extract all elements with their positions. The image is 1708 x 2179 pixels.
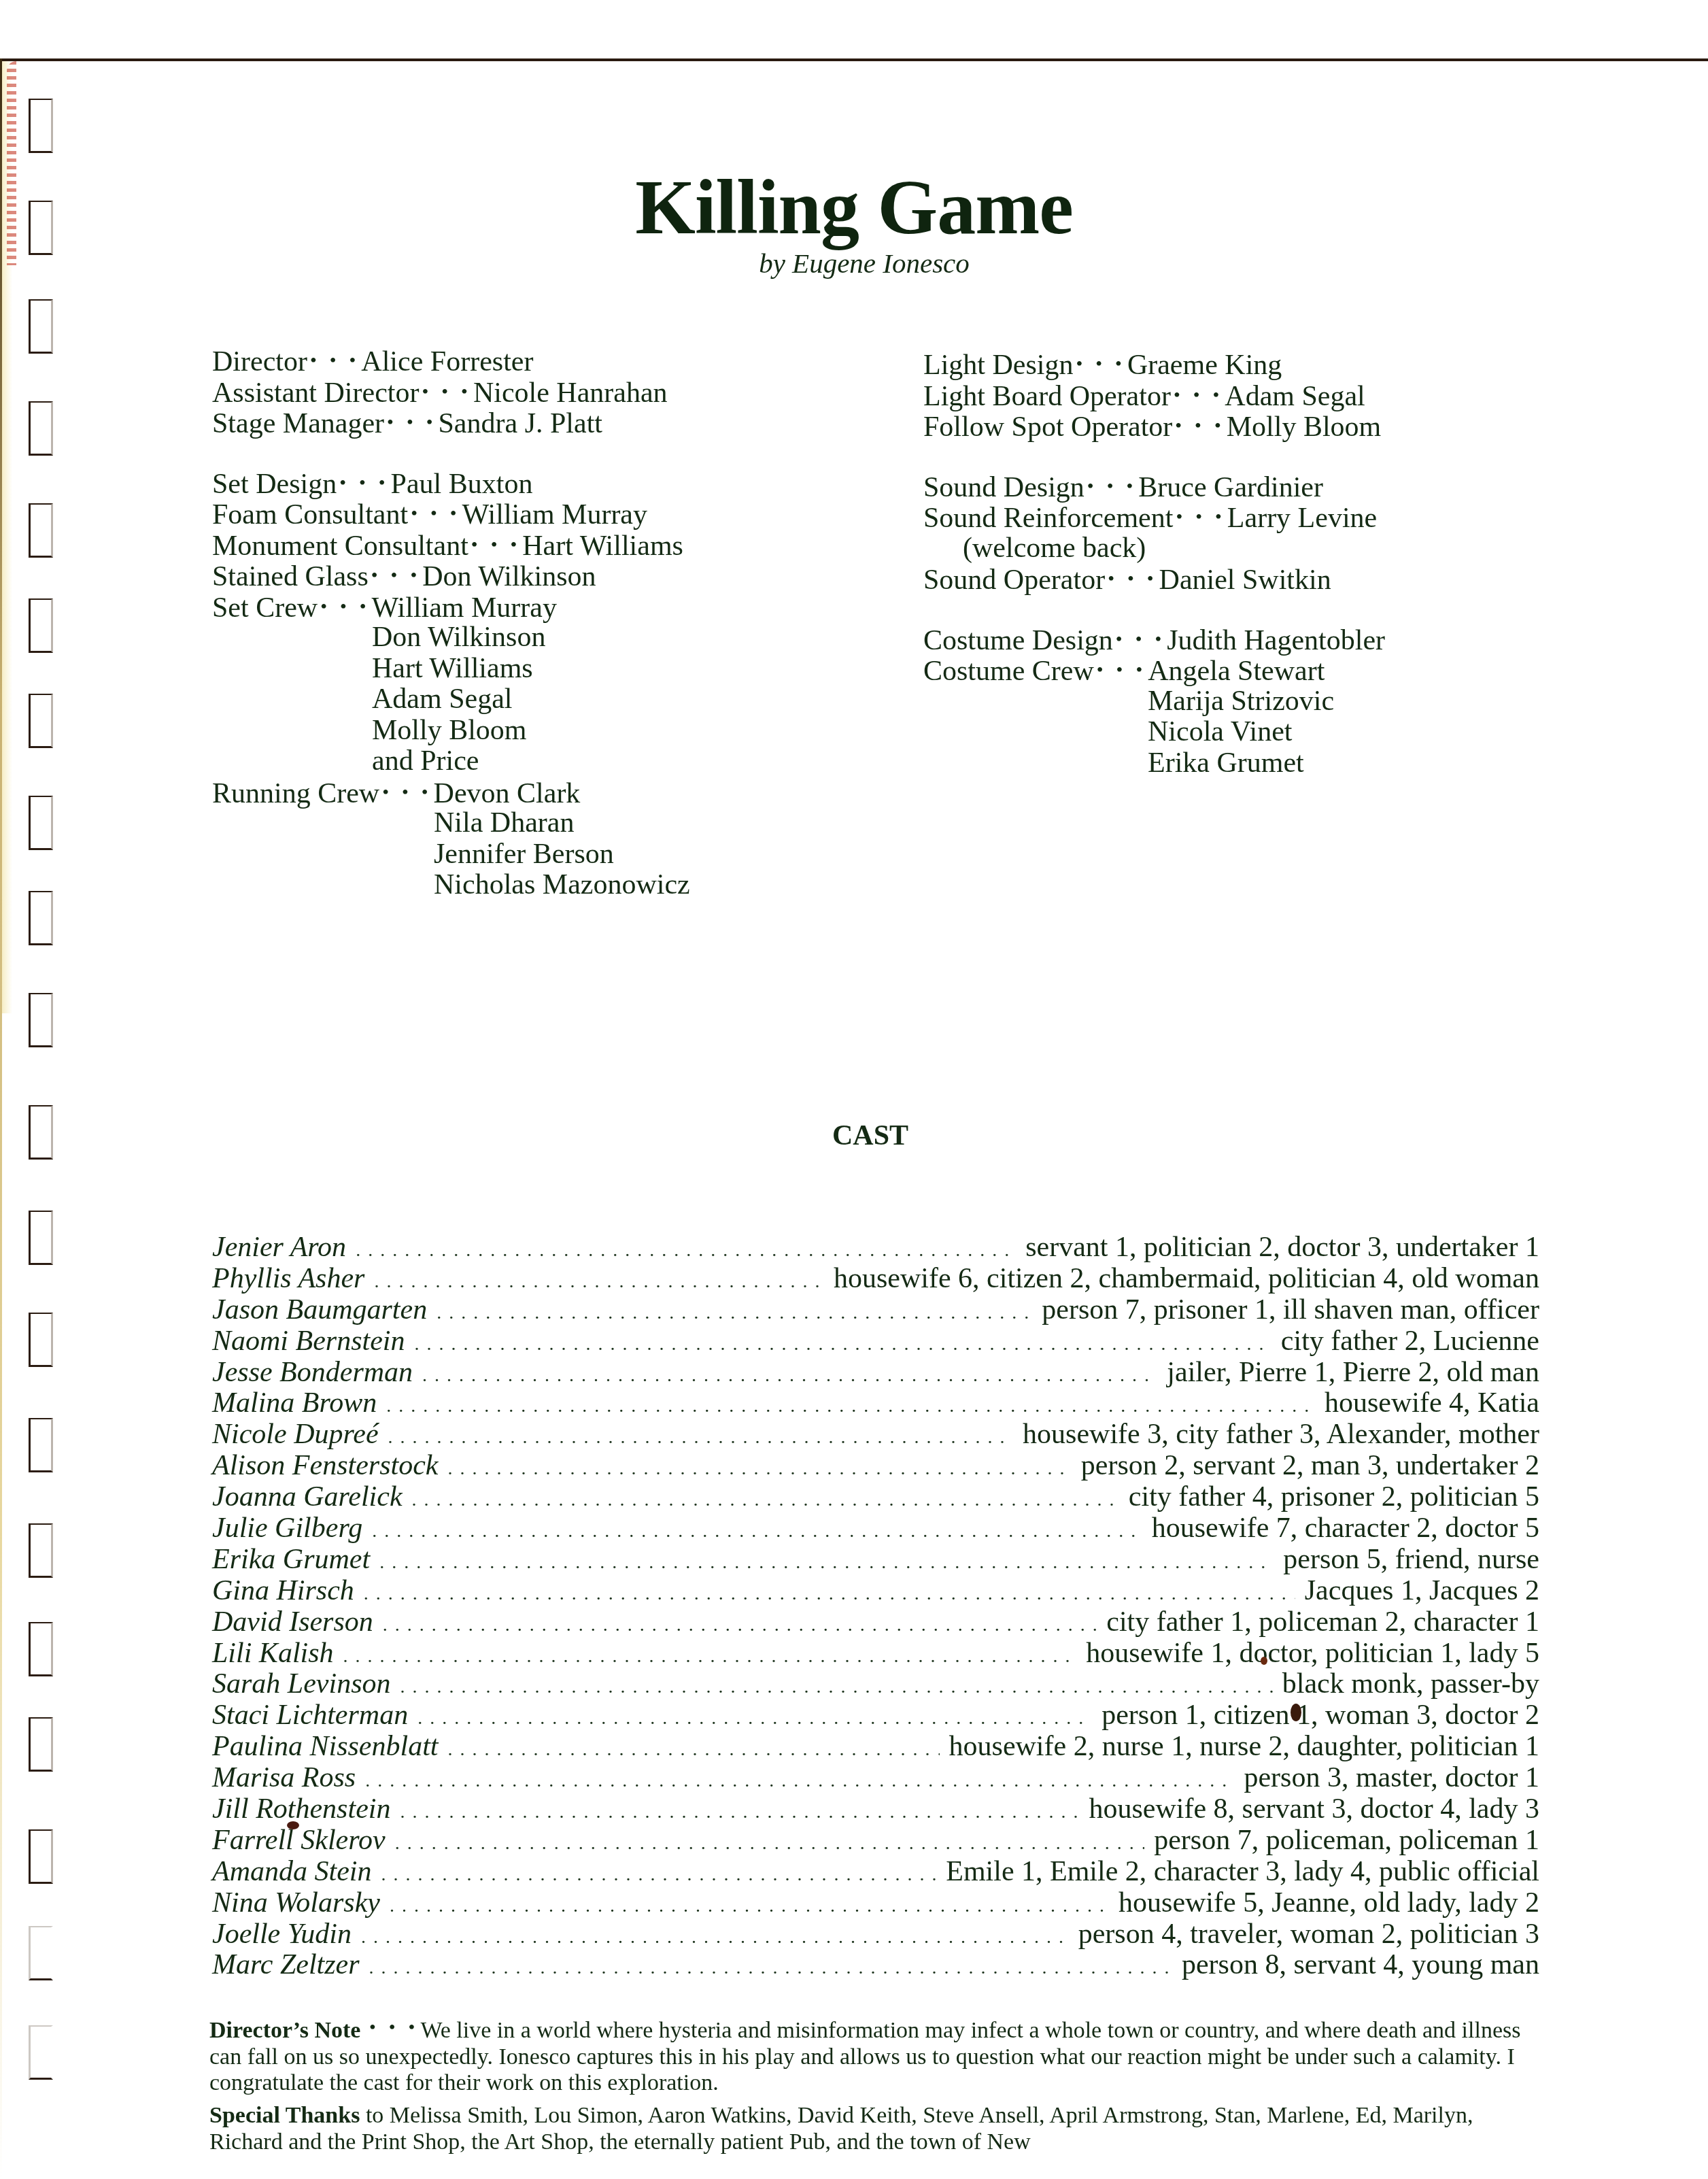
dot-leader [447,1453,1071,1485]
credit-role: Running Crew [212,778,379,809]
credit-role: Set Design [212,469,337,500]
cast-roles: person 2, servant 2, man 3, undertaker 2 [1081,1451,1539,1482]
ink-smudge [1261,1657,1267,1665]
separator-dots: • • • [1076,354,1125,375]
cast-roles: person 3, master, doctor 1 [1244,1763,1539,1794]
dot-leader [364,1578,1295,1610]
credit-line: Monument Consultant• • •Hart Williams [212,530,690,561]
binding-hole [29,694,53,748]
credit-line: Assistant Director• • •Nicole Hanrahan [212,377,690,408]
cast-row: Joanna Garelickcity father 4, prisoner 2… [212,1482,1539,1513]
binding-hole [29,401,53,456]
credit-line: Stained Glass• • •Don Wilkinson [212,560,690,592]
binding-hole [29,1622,53,1676]
credit-line: Foam Consultant• • •William Murray [212,499,690,530]
credit-spacer [923,442,1385,471]
credit-role: Sound Operator [923,564,1105,596]
play-title: Killing Game [0,163,1708,252]
dot-leader [379,1547,1274,1578]
separator-dots: • • • [411,503,460,524]
dot-leader [372,1516,1142,1547]
page-top-edge [0,58,1708,61]
credit-name: Erika Grumet [923,748,1385,779]
cast-actor-name: Joanna Garelick [212,1482,403,1513]
cast-roles: city father 1, policeman 2, character 1 [1106,1607,1539,1638]
cast-roles: person 4, traveler, woman 2, politician … [1078,1919,1539,1950]
cast-row: Farrell Sklerovperson 7, policeman, poli… [212,1825,1539,1857]
separator-dots: • • • [1175,416,1225,437]
ink-smudge [1291,1704,1301,1721]
cast-row: Jenier Aronservant 1, politician 2, doct… [212,1232,1539,1264]
cast-heading: CAST [0,1119,1708,1153]
cast-roles: city father 4, prisoner 2, politician 5 [1129,1482,1539,1513]
dot-leader [388,1422,1014,1453]
credit-name: Molly Bloom [1227,411,1382,443]
separator-dots: • • • [1176,507,1225,528]
separator-dots: • • • [382,782,432,803]
cast-actor-name: Julie Gilberg [212,1513,362,1544]
dot-leader [400,1672,1273,1703]
cast-roles: housewife 6, citizen 2, chambermaid, pol… [834,1264,1539,1295]
credit-line: Set Design• • •Paul Buxton [212,468,690,499]
separator-dots: • • • [320,596,370,618]
cast-row: Malina Brownhousewife 4, Katia [212,1388,1539,1419]
cast-actor-name: Farrell Sklerov [212,1825,386,1857]
cast-row: Joelle Yudinperson 4, traveler, woman 2,… [212,1919,1539,1950]
binding-hole [29,1717,53,1772]
separator-dots: • • • [422,382,471,403]
cast-roles: jailer, Pierre 1, Pierre 2, old man [1167,1357,1539,1389]
separator-dots: • • • [1116,629,1165,650]
cast-actor-name: David Iserson [212,1607,373,1638]
cast-actor-name: Amanda Stein [212,1857,371,1888]
cast-actor-name: Nicole Dupreé [212,1419,379,1451]
cast-actor-name: Nina Wolarsky [212,1888,380,1919]
credit-name: Adam Segal [1225,381,1365,412]
cast-row: Nicole Dupreéhousewife 3, city father 3,… [212,1419,1539,1451]
cast-row: Erika Grumetperson 5, friend, nurse [212,1544,1539,1576]
dot-leader [414,1329,1271,1360]
binding-hole [29,598,53,653]
dot-leader [361,1922,1069,1953]
binding-hole [29,1523,53,1578]
cast-row: Jason Baumgartenperson 7, prisoner 1, il… [212,1295,1539,1326]
cast-row: Sarah Levinsonblack monk, passer-by [212,1669,1539,1700]
cast-roles: person 8, servant 4, young man [1182,1950,1539,1981]
binding-hole [29,299,53,354]
credit-name: Marija Strizovic [923,686,1385,717]
cast-roles: housewife 7, character 2, doctor 5 [1152,1513,1539,1544]
credit-name: Jennifer Berson [212,839,690,871]
cast-roles: city father 2, Lucienne [1281,1326,1539,1357]
cast-row: Jesse Bondermanjailer, Pierre 1, Pierre … [212,1357,1539,1389]
cast-actor-name: Jenier Aron [212,1232,346,1264]
credit-line: Set Crew• • •William Murray [212,592,690,623]
credit-role: Set Crew [212,592,318,624]
cast-roles: housewife 3, city father 3, Alexander, m… [1023,1419,1539,1451]
binding-hole [29,503,53,558]
cast-actor-name: Gina Hirsch [212,1576,354,1607]
cast-actor-name: Malina Brown [212,1388,377,1419]
credit-name: Bruce Gardinier [1138,472,1323,503]
ink-smudge [287,1821,299,1829]
cast-actor-name: Jesse Bonderman [212,1357,413,1389]
dot-leader [386,1391,1315,1422]
credit-role: Follow Spot Operator [923,411,1172,443]
credit-role: Stage Manager [212,408,384,439]
credit-line: Costume Crew• • •Angela Stewart [923,655,1385,686]
credit-name: Adam Segal [212,684,690,715]
cast-row: Lili Kalishhousewife 1, doctor, politici… [212,1638,1539,1670]
separator-dots: • • • [339,473,389,494]
cast-roles: person 7, prisoner 1, ill shaven man, of… [1042,1295,1539,1326]
cast-roles: person 7, policeman, policeman 1 [1154,1825,1539,1857]
cast-actor-name: Phyllis Asher [212,1264,364,1295]
cast-row: Paulina Nissenblatthousewife 2, nurse 1,… [212,1732,1539,1763]
dot-leader [437,1298,1032,1329]
credit-role: Assistant Director [212,377,419,409]
credit-name: Graeme King [1127,350,1282,381]
credit-name: Nicole Hanrahan [473,377,668,409]
credit-name: Molly Bloom [212,715,690,747]
cast-actor-name: Alison Fensterstock [212,1451,438,1482]
credit-role: Sound Design [923,472,1084,503]
separator-dots: • • • [369,2017,419,2038]
cast-list: Jenier Aronservant 1, politician 2, doct… [212,1232,1539,1981]
binding-hole [29,1418,53,1472]
credit-line: Director• • •Alice Forrester [212,345,690,377]
cast-roles: Emile 1, Emile 2, character 3, lady 4, p… [946,1857,1539,1888]
play-author: by Eugene Ionesco [0,246,1708,280]
dot-leader [400,1797,1079,1828]
credit-line: Follow Spot Operator• • •Molly Bloom [923,411,1385,442]
separator-dots: • • • [310,350,360,371]
cast-actor-name: Erika Grumet [212,1544,370,1576]
credit-name: Hart Williams [212,654,690,685]
binding-hole [29,1313,53,1367]
cast-actor-name: Naomi Bernstein [212,1326,405,1357]
credit-note: (welcome back) [923,533,1385,564]
binding-hole [29,2025,53,2080]
directors-note-label: Director’s Note [209,2018,360,2043]
special-thanks-text: to Melissa Smith, Lou Simon, Aaron Watki… [209,2103,1473,2155]
credit-role: Light Design [923,350,1073,381]
credit-name: Devon Clark [434,778,581,809]
credit-role: Foam Consultant [212,499,408,530]
dot-leader [390,1891,1109,1922]
cast-roles: person 1, citizen 1, woman 3, doctor 2 [1101,1700,1539,1732]
dot-leader [369,1953,1172,1984]
cast-row: David Isersoncity father 1, policeman 2,… [212,1607,1539,1638]
cast-row: Staci Lichtermanperson 1, citizen 1, wom… [212,1700,1539,1732]
cast-roles: servant 1, politician 2, doctor 3, under… [1025,1232,1539,1264]
cast-row: Alison Fensterstockperson 2, servant 2, … [212,1451,1539,1482]
separator-dots: • • • [371,565,421,586]
credit-name: Don Wilkinson [422,561,596,592]
cast-roles: housewife 5, Jeanne, old lady, lady 2 [1118,1888,1539,1919]
credit-role: Stained Glass [212,561,369,592]
cast-roles: housewife 8, servant 3, doctor 4, lady 3 [1089,1794,1539,1825]
cast-row: Gina HirschJacques 1, Jacques 2 [212,1576,1539,1607]
credit-role: Light Board Operator [923,381,1171,412]
credit-name: Don Wilkinson [212,622,690,654]
credit-role: Director [212,346,307,377]
credit-spacer [923,595,1385,624]
separator-dots: • • • [1108,569,1157,590]
cast-actor-name: Lili Kalish [212,1638,334,1670]
credit-spacer [212,439,690,468]
credit-line: Costume Design• • •Judith Hagentobler [923,624,1385,656]
binding-hole [29,891,53,945]
cast-actor-name: Marc Zeltzer [212,1950,360,1981]
credit-name: William Murray [372,592,557,624]
dot-leader [412,1485,1119,1516]
credit-name: Nila Dharan [212,808,690,839]
credit-name: Daniel Switkin [1159,564,1331,596]
cast-row: Phyllis Asherhousewife 6, citizen 2, cha… [212,1264,1539,1295]
credit-role: Costume Design [923,625,1113,656]
binding-hole [29,1829,53,1884]
credit-line: Light Design• • •Graeme King [923,349,1385,380]
crew-credits-left: Director• • •Alice ForresterAssistant Di… [212,345,690,901]
credit-role: Monument Consultant [212,530,468,562]
cast-roles: housewife 1, doctor, politician 1, lady … [1086,1638,1539,1670]
cast-row: Marc Zeltzerperson 8, servant 4, young m… [212,1950,1539,1981]
credit-name: William Murray [462,499,647,530]
credit-name: and Price [212,746,690,777]
binding-hole [29,99,53,153]
cast-roles: person 5, friend, nurse [1283,1544,1539,1576]
credit-name: Nicholas Mazonowicz [212,870,690,901]
cast-actor-name: Marisa Ross [212,1763,356,1794]
cast-actor-name: Paulina Nissenblatt [212,1732,439,1763]
cast-roles: Jacques 1, Jacques 2 [1305,1576,1539,1607]
cast-actor-name: Jill Rothenstein [212,1794,390,1825]
binding-hole [29,993,53,1047]
dot-leader [448,1734,940,1766]
special-thanks: Special Thanks to Melissa Smith, Lou Sim… [209,2103,1542,2155]
credit-name: Sandra J. Platt [439,408,602,439]
credit-role: Costume Crew [923,656,1094,687]
dot-leader [395,1828,1145,1859]
separator-dots: • • • [1174,385,1223,406]
cast-actor-name: Staci Lichterman [212,1700,408,1732]
dot-leader [356,1235,1016,1266]
cast-actor-name: Sarah Levinson [212,1669,391,1700]
dot-leader [383,1610,1097,1641]
cast-row: Naomi Bernsteincity father 2, Lucienne [212,1326,1539,1357]
cast-row: Marisa Rossperson 3, master, doctor 1 [212,1763,1539,1794]
credit-line: Sound Operator• • •Daniel Switkin [923,564,1385,595]
cast-row: Jill Rothensteinhousewife 8, servant 3, … [212,1794,1539,1825]
credit-line: Sound Reinforcement• • •Larry Levine [923,502,1385,533]
separator-dots: • • • [471,535,521,556]
binding-hole [29,1926,53,1980]
credit-name: Angela Stewart [1148,656,1325,687]
special-thanks-label: Special Thanks [209,2103,360,2128]
credit-line: Stage Manager• • •Sandra J. Platt [212,407,690,439]
credit-name: Larry Levine [1227,503,1377,534]
dot-leader [381,1859,936,1891]
separator-dots: • • • [1097,660,1146,681]
credit-line: Light Board Operator• • •Adam Segal [923,380,1385,411]
separator-dots: • • • [387,412,437,433]
credit-name: Judith Hagentobler [1167,625,1385,656]
credit-name: Hart Williams [522,530,683,562]
credit-role: Sound Reinforcement [923,503,1173,534]
dot-leader [417,1703,1092,1734]
binding-hole [29,796,53,850]
cast-actor-name: Jason Baumgarten [212,1295,427,1326]
directors-note: Director’s Note • • •We live in a world … [209,2015,1542,2097]
credit-line: Sound Design• • •Bruce Gardinier [923,471,1385,503]
dot-leader [422,1360,1157,1391]
cast-actor-name: Joelle Yudin [212,1919,352,1950]
cast-row: Amanda SteinEmile 1, Emile 2, character … [212,1857,1539,1888]
cast-row: Nina Wolarskyhousewife 5, Jeanne, old la… [212,1888,1539,1919]
credit-name: Nicola Vinet [923,717,1385,748]
cast-row: Julie Gilberghousewife 7, character 2, d… [212,1513,1539,1544]
cast-roles: black monk, passer-by [1282,1669,1539,1700]
credit-name: Paul Buxton [391,469,533,500]
credit-name: Alice Forrester [361,346,533,377]
crew-credits-right: Light Design• • •Graeme KingLight Board … [923,349,1385,779]
dot-leader [343,1641,1077,1672]
separator-dots: • • • [1087,476,1137,497]
dot-leader [374,1266,824,1298]
dot-leader [365,1766,1234,1797]
cast-roles: housewife 4, Katia [1325,1388,1539,1419]
binding-hole [29,1211,53,1265]
credit-line: Running Crew• • •Devon Clark [212,777,690,809]
cast-roles: housewife 2, nurse 1, nurse 2, daughter,… [949,1732,1539,1763]
